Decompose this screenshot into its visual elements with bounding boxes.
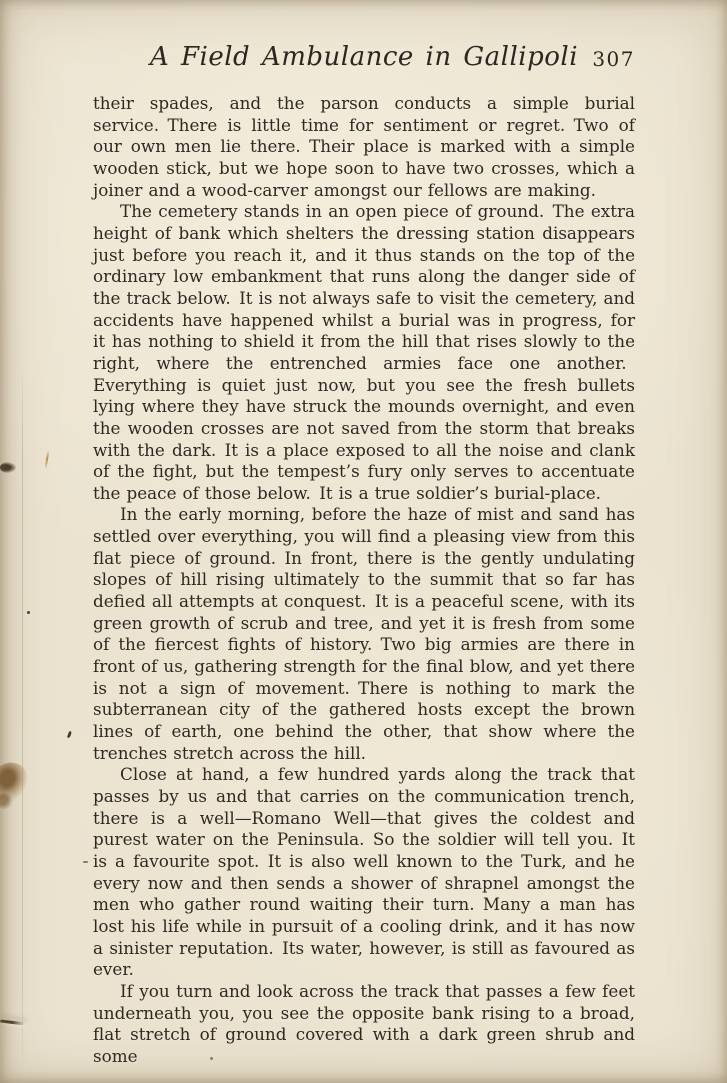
- body-paragraph: Close at hand, a few hundred yards along…: [93, 764, 635, 981]
- running-title: A Field Ambulance in Gallipoli: [150, 42, 578, 72]
- page-header: A Field Ambulance in Gallipoli 307: [93, 42, 635, 76]
- body-paragraph: If you turn and look across the track th…: [93, 981, 635, 1068]
- body-paragraph: The cemetery stands in an open piece of …: [93, 201, 635, 504]
- page-number: 307: [592, 47, 635, 71]
- page-body: their spades, and the parson conducts a …: [93, 93, 635, 1068]
- page-content: A Field Ambulance in Gallipoli 307 their…: [0, 0, 727, 1083]
- body-paragraph: In the early morning, before the haze of…: [93, 504, 635, 764]
- scanned-book-page: { "header": { "title": "A Field Ambulanc…: [0, 0, 727, 1083]
- body-paragraph: their spades, and the parson conducts a …: [93, 93, 635, 201]
